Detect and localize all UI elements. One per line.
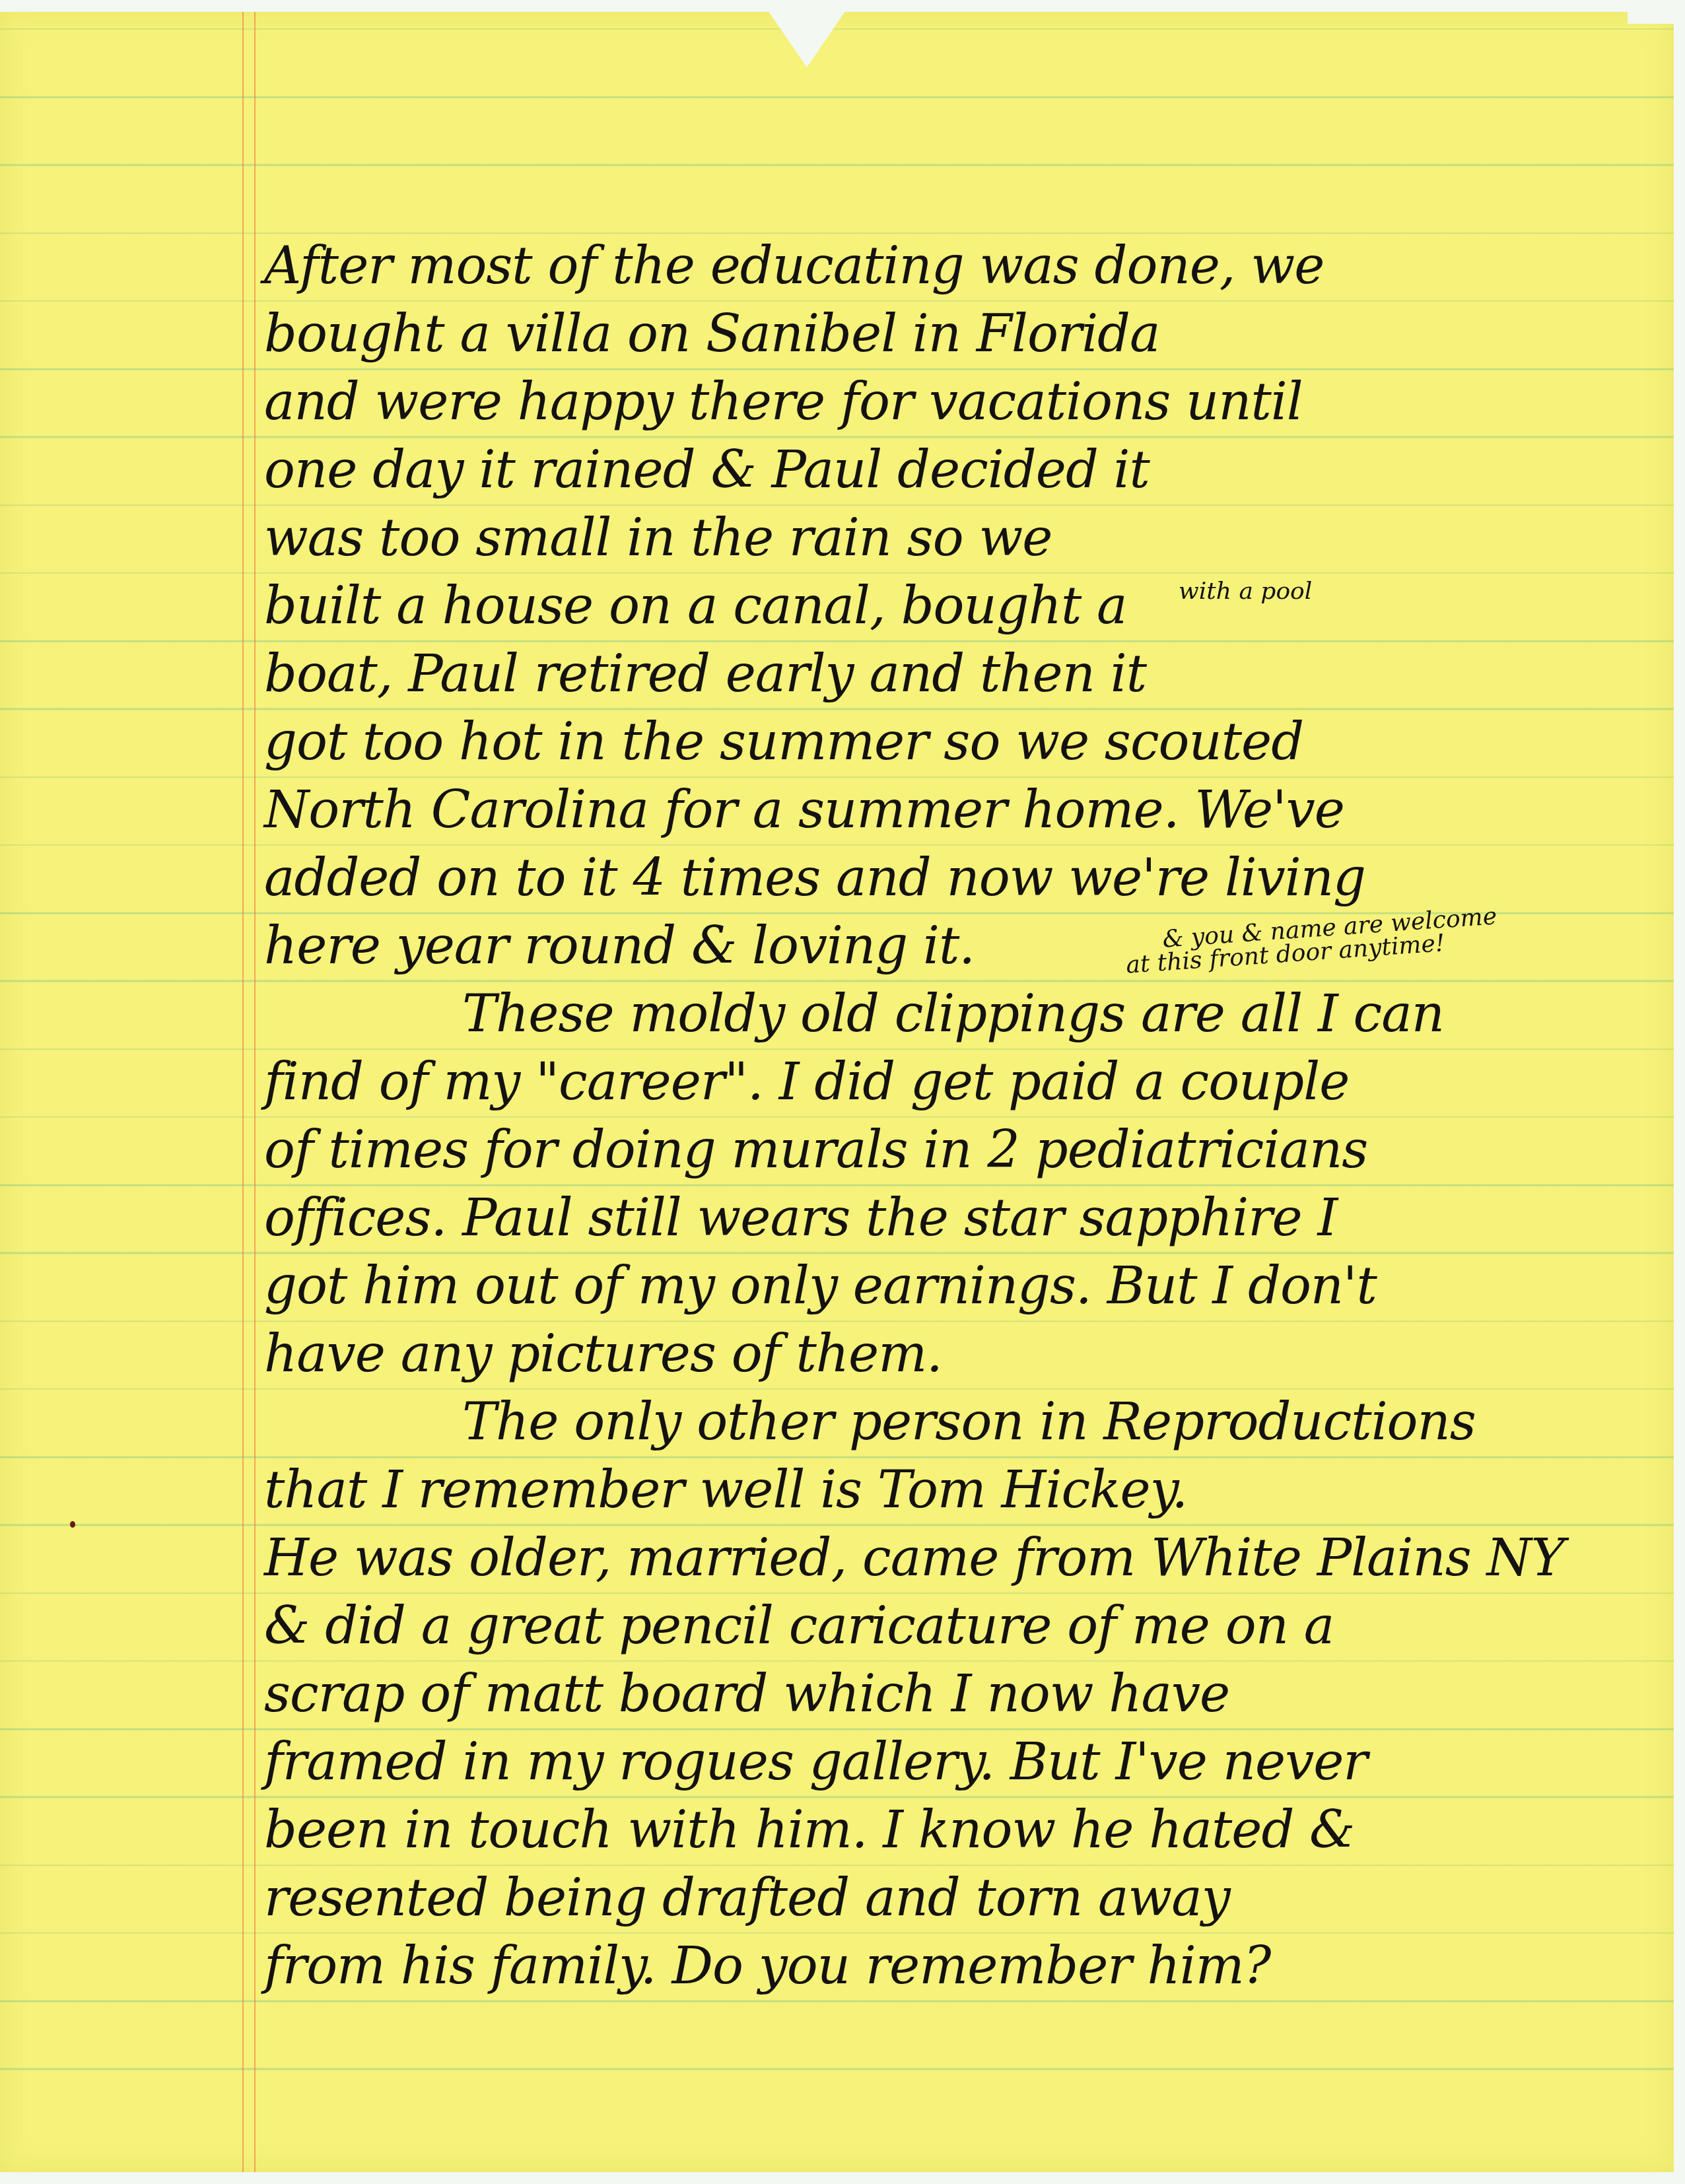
text-line: one day it rained & Paul decided it <box>264 436 1150 504</box>
text-line: that I remember well is Tom Hickey. <box>264 1456 1187 1524</box>
text-line: was too small in the rain so we <box>264 504 1052 572</box>
text-line: These moldy old clippings are all I can <box>462 980 1444 1048</box>
text-line: & did a great pencil caricature of me on… <box>264 1592 1334 1660</box>
text-line: from his family. Do you remember him? <box>264 1932 1270 2000</box>
text-line: resented being drafted and torn away <box>264 1864 1230 1932</box>
text-line: been in touch with him. I know he hated … <box>264 1796 1355 1864</box>
text-line: After most of the educating was done, we <box>264 232 1324 300</box>
insertion-note-pool: with a pool <box>1179 578 1312 605</box>
legal-pad-page: After most of the educating was done, we… <box>0 12 1674 2172</box>
text-line: built a house on a canal, bought a <box>264 572 1127 640</box>
margin-rule-right <box>254 12 256 2172</box>
ink-speck <box>70 1521 75 1528</box>
text-line: added on to it 4 times and now we're liv… <box>264 844 1365 912</box>
text-line: of times for doing murals in 2 pediatric… <box>264 1116 1367 1184</box>
text-line: got too hot in the summer so we scouted <box>264 708 1303 776</box>
text-line: and were happy there for vacations until <box>264 368 1303 436</box>
text-line: here year round & loving it. <box>264 912 975 980</box>
text-line: offices. Paul still wears the star sapph… <box>264 1184 1337 1252</box>
torn-corner <box>1628 12 1674 24</box>
text-line: The only other person in Reproductions <box>462 1388 1476 1456</box>
text-line: He was older, married, came from White P… <box>264 1524 1564 1592</box>
text-line: boat, Paul retired early and then it <box>264 640 1146 708</box>
text-line: have any pictures of them. <box>264 1320 942 1388</box>
margin-rule-left <box>242 12 244 2172</box>
text-line: find of my "career". I did get paid a co… <box>264 1048 1349 1116</box>
text-line: North Carolina for a summer home. We've <box>264 776 1344 844</box>
torn-notch <box>761 0 853 67</box>
text-line: scrap of matt board which I now have <box>264 1660 1229 1728</box>
text-line: bought a villa on Sanibel in Florida <box>264 300 1160 368</box>
text-line: got him out of my only earnings. But I d… <box>264 1252 1377 1320</box>
text-line: framed in my rogues gallery. But I've ne… <box>264 1728 1367 1796</box>
